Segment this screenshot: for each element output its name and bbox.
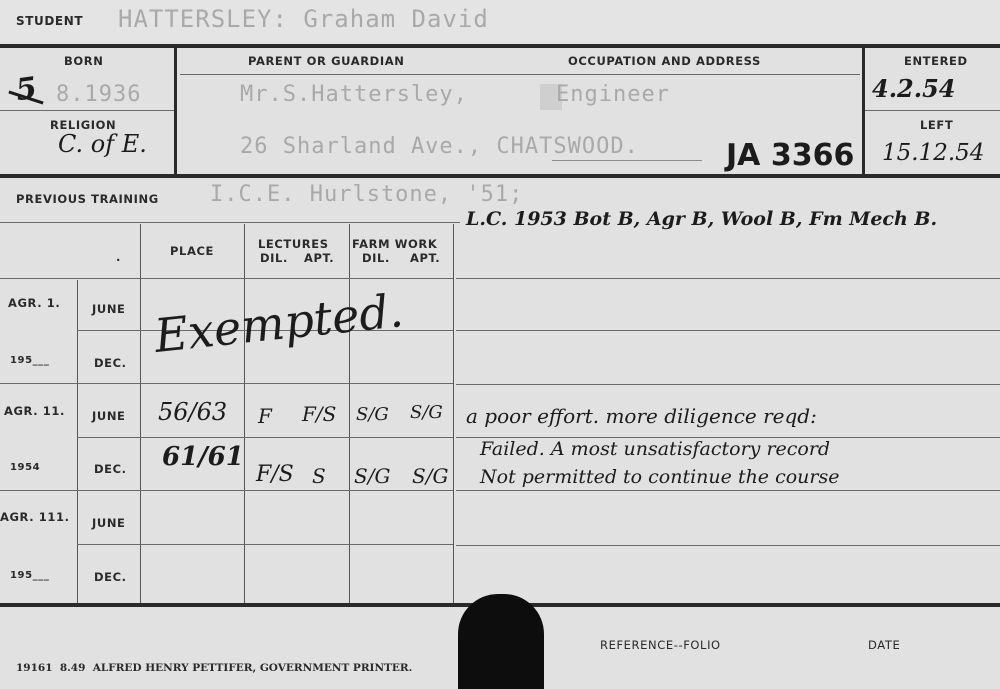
farm-dil-header: DIL. [362, 251, 390, 265]
header-dot: . [116, 250, 121, 264]
year-label-agr1: 195___ [10, 355, 49, 366]
remark-line-2: Failed. A most unsatisfactory record [480, 438, 830, 460]
printer-imprint: 19161 8.49 ALFRED HENRY PETTIFER, GOVERN… [16, 662, 412, 674]
address-underline [552, 160, 702, 161]
religion-value: C. of E. [58, 130, 147, 158]
agr2-june-lect-apt: F/S [302, 402, 336, 426]
agr2-june-lect-dil: F [258, 404, 272, 428]
grid-row-rule [77, 544, 453, 545]
born-rule [0, 110, 174, 111]
parent-guardian-label: PARENT OR GUARDIAN [248, 54, 404, 68]
term-dec-agr1: DEC. [94, 356, 127, 370]
reference-folio-label: REFERENCE--FOLIO [600, 638, 721, 652]
term-dec-agr2: DEC. [94, 462, 127, 476]
agr1-exempted-note: Exempted. [152, 283, 406, 363]
entered-label: ENTERED [904, 54, 968, 68]
occupation-address-label: OCCUPATION AND ADDRESS [568, 54, 761, 68]
agr2-dec-farm-dil: S/G [354, 464, 390, 488]
previous-training-label: PREVIOUS TRAINING [16, 192, 159, 206]
training-rule [0, 222, 460, 223]
grid-line [453, 224, 454, 604]
grid-line [140, 224, 141, 604]
header-rule [0, 44, 1000, 48]
agr2-dec-lect-apt: S [312, 464, 326, 488]
guardian-header-rule [180, 74, 860, 75]
grid-row-rule [77, 437, 453, 438]
upper-section-rule [0, 174, 1000, 178]
born-day: 5 [14, 71, 40, 109]
year-label-agr3: 195___ [10, 570, 49, 581]
course-label-agr1: AGR. 1. [8, 296, 60, 310]
guardian-address: 26 Sharland Ave., CHATSWOOD. [240, 134, 639, 159]
agr2-june-farm-apt: S/G [410, 402, 443, 423]
agr2-dec-lect-dil: F/S [256, 462, 294, 487]
remarks-rule [456, 545, 1000, 546]
previous-training-handwritten: L.C. 1953 Bot B, Agr B, Wool B, Fm Mech … [466, 208, 937, 230]
agr2-dec-place: 61/61 [162, 442, 244, 472]
guardian-name: Mr.S.Hattersley, [240, 82, 468, 107]
grid-row-rule [0, 278, 453, 279]
term-dec-agr3: DEC. [94, 570, 127, 584]
grid-line [77, 280, 78, 604]
agr2-june-place: 56/63 [158, 398, 227, 426]
divider [862, 48, 865, 176]
agr2-dec-farm-apt: S/G [412, 464, 448, 488]
entered-value: 4.2.54 [872, 74, 956, 103]
term-june-agr2: JUNE [92, 409, 126, 423]
course-label-agr3: AGR. 111. [0, 510, 70, 524]
entered-rule [865, 110, 1000, 111]
born-date: 8.1936 [56, 82, 141, 107]
punch-hole [458, 594, 544, 689]
place-header: PLACE [170, 244, 214, 258]
farm-apt-header: APT. [410, 251, 440, 265]
reference-code: JA 3366 [726, 138, 854, 173]
grid-line [349, 224, 350, 604]
remarks-rule [456, 278, 1000, 279]
term-june-agr3: JUNE [92, 516, 126, 530]
previous-training-typed: I.C.E. Hurlstone, '51; [210, 182, 523, 207]
agr2-june-farm-dil: S/G [356, 404, 389, 425]
course-label-agr2: AGR. 11. [4, 404, 65, 418]
year-label-agr2: 1954 [10, 462, 40, 473]
left-value: 15.12.54 [882, 140, 984, 166]
student-name: HATTERSLEY: Graham David [118, 5, 489, 33]
lectures-apt-header: APT. [304, 251, 334, 265]
student-label: STUDENT [16, 14, 83, 28]
remark-line-3: Not permitted to continue the course [480, 466, 840, 488]
lectures-header: LECTURES [258, 237, 329, 251]
remarks-rule [456, 490, 1000, 491]
term-june-agr1: JUNE [92, 302, 126, 316]
guardian-occupation: Engineer [556, 82, 670, 107]
date-label: DATE [868, 638, 900, 652]
lectures-dil-header: DIL. [260, 251, 288, 265]
student-record-card: STUDENT HATTERSLEY: Graham David BORN 5 … [0, 0, 1000, 689]
grid-row-rule [0, 383, 453, 384]
grid-line [244, 224, 245, 604]
divider [174, 48, 177, 176]
remarks-rule [456, 384, 1000, 385]
remark-line-1: a poor effort. more diligence reqd: [466, 404, 817, 428]
farm-work-header: FARM WORK [352, 237, 437, 251]
remarks-rule [456, 330, 1000, 331]
grid-row-rule [0, 490, 453, 491]
left-label: LEFT [920, 118, 953, 132]
born-label: BORN [64, 54, 103, 68]
